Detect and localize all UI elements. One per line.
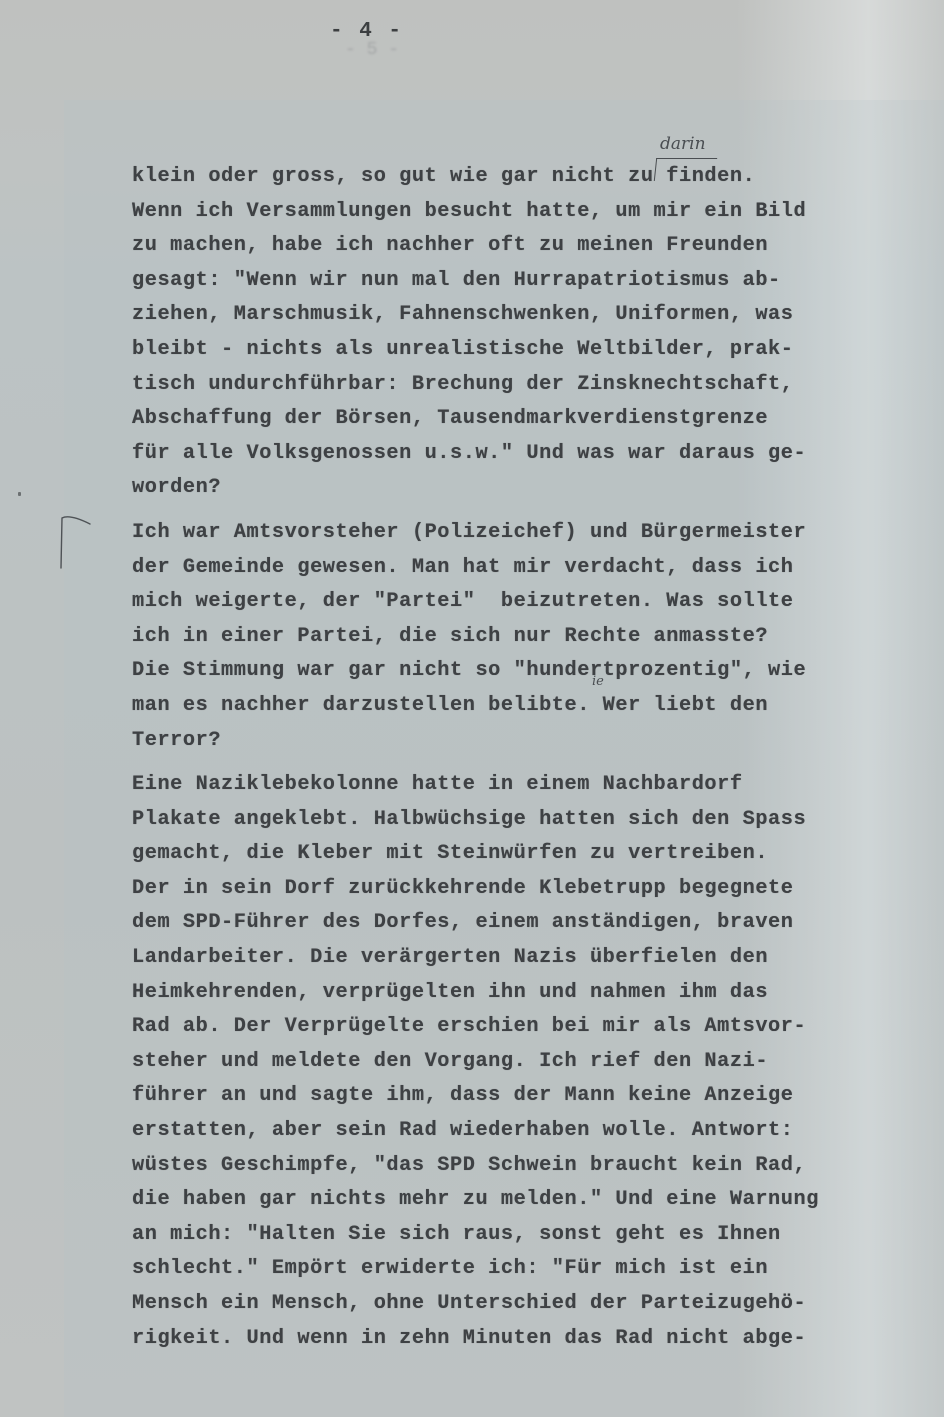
text-line: Landarbeiter. Die verärgerten Nazis über… [132, 941, 912, 976]
text-line: Der in sein Dorf zurückkehrende Klebetru… [132, 872, 912, 907]
text-line: zu machen, habe ich nachher oft zu meine… [132, 229, 912, 264]
paper-speck [18, 492, 21, 496]
typewritten-body: klein oder gross, so gut wie gar nicht z… [132, 160, 912, 1356]
text-line: Eine Naziklebekolonne hatte in einem Nac… [132, 768, 912, 803]
text-line: Heimkehrenden, verprügelten ihn und nahm… [132, 976, 912, 1011]
text-line: ich in einer Partei, die sich nur Rechte… [132, 620, 912, 655]
text-line: tisch undurchführbar: Brechung der Zinsk… [132, 368, 912, 403]
text-line: wüstes Geschimpfe, "das SPD Schwein brau… [132, 1149, 912, 1184]
paragraph: Eine Naziklebekolonne hatte in einem Nac… [132, 768, 912, 1356]
text-line: steher und meldete den Vorgang. Ich rief… [132, 1045, 912, 1080]
text-line: gemacht, die Kleber mit Steinwürfen zu v… [132, 837, 912, 872]
text-line: dem SPD-Führer des Dorfes, einem anständ… [132, 906, 912, 941]
text-line: Die Stimmung war gar nicht so "hundertpr… [132, 654, 912, 689]
text-line: Terror? [132, 724, 912, 759]
margin-paragraph-mark-icon [56, 510, 92, 570]
text-line: Ich war Amtsvorsteher (Polizeichef) und … [132, 516, 912, 551]
text-line: die haben gar nichts mehr zu melden." Un… [132, 1183, 912, 1218]
paragraph-gap [132, 506, 912, 516]
text-line: mich weigerte, der "Partei" beizutreten.… [132, 585, 912, 620]
text-line: für alle Volksgenossen u.s.w." Und was w… [132, 437, 912, 472]
text-line: der Gemeinde gewesen. Man hat mir verdac… [132, 551, 912, 586]
text-line: führer an und sagte ihm, dass der Mann k… [132, 1079, 912, 1114]
text-line: Rad ab. Der Verprügelte erschien bei mir… [132, 1010, 912, 1045]
paragraph: klein oder gross, so gut wie gar nicht z… [132, 160, 912, 506]
text-line: schlecht." Empört erwiderte ich: "Für mi… [132, 1252, 912, 1287]
text-line: Wenn ich Versammlungen besucht hatte, um… [132, 195, 912, 230]
text-line: rigkeit. Und wenn in zehn Minuten das Ra… [132, 1322, 912, 1357]
text-line: erstatten, aber sein Rad wiederhaben wol… [132, 1114, 912, 1149]
text-line: ziehen, Marschmusik, Fahnenschwenken, Un… [132, 298, 912, 333]
paragraph-gap [132, 758, 912, 768]
page-number: - 4 - [330, 20, 403, 43]
text-line: Plakate angeklebt. Halbwüchsige hatten s… [132, 803, 912, 838]
text-line: man es nachher darzustellen belibte. Wer… [132, 689, 912, 724]
page-number-bleedthrough: - 5 - [345, 40, 399, 60]
text-line: klein oder gross, so gut wie gar nicht z… [132, 160, 912, 195]
text-line: worden? [132, 471, 912, 506]
handwritten-insertion-darin: darin [660, 134, 706, 154]
text-line: gesagt: "Wenn wir nun mal den Hurrapatri… [132, 264, 912, 299]
paragraph: Ich war Amtsvorsteher (Polizeichef) und … [132, 516, 912, 758]
text-line: an mich: "Halten Sie sich raus, sonst ge… [132, 1218, 912, 1253]
document-page: - 5 - - 4 - darin ie klein oder gross, s… [0, 0, 944, 1417]
text-line: Abschaffung der Börsen, Tausendmarkverdi… [132, 402, 912, 437]
text-line: Mensch ein Mensch, ohne Unterschied der … [132, 1287, 912, 1322]
text-line: bleibt - nichts als unrealistische Weltb… [132, 333, 912, 368]
